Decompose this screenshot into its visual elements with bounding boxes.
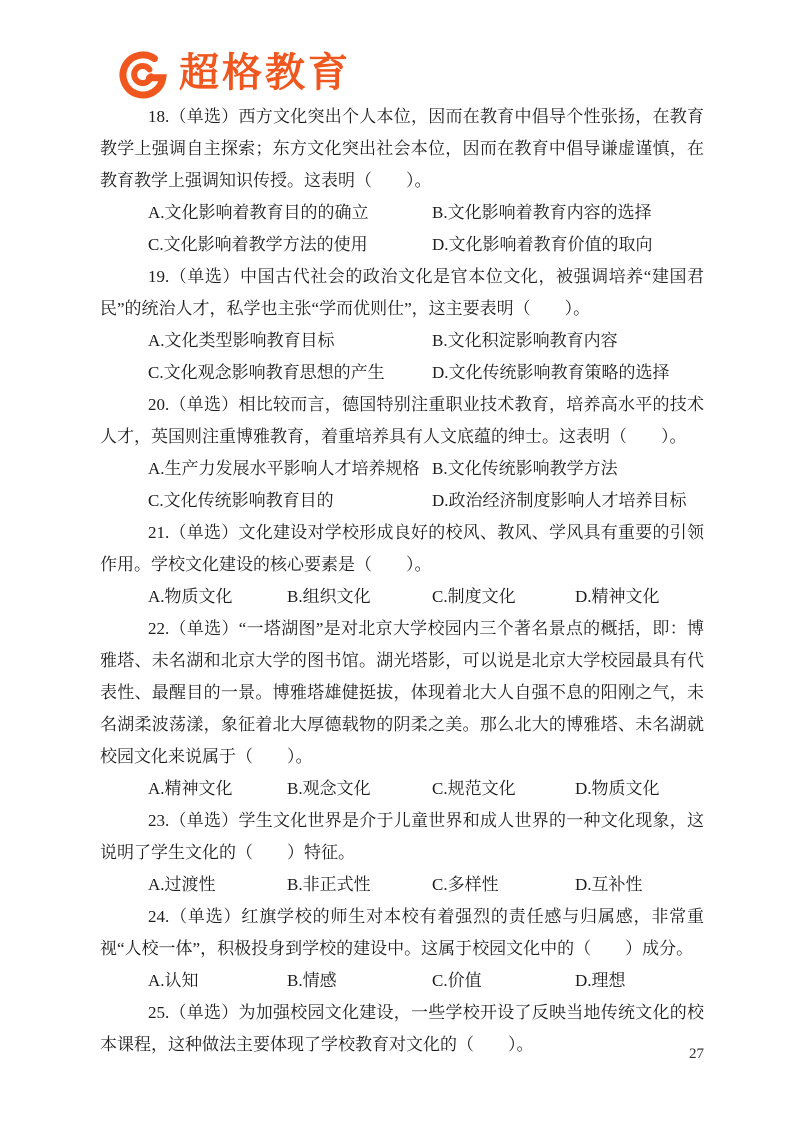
- option-c: C.制度文化: [432, 581, 575, 613]
- question-stem: 18.（单选）西方文化突出个人本位，因而在教育中倡导个性张扬，在教育教学上强调自…: [100, 101, 704, 197]
- option-d: D.理想: [575, 965, 704, 997]
- option-d: D.物质文化: [575, 773, 704, 805]
- option-c: C.价值: [432, 965, 575, 997]
- option-row: A.精神文化 B.观念文化 C.规范文化 D.物质文化: [100, 773, 704, 805]
- page-number: 27: [689, 1044, 704, 1064]
- option-row: C.文化影响着教学方法的使用 D.文化影响着教育价值的取向: [100, 229, 704, 261]
- option-b: B.非正式性: [287, 869, 432, 901]
- question-stem: 23.（单选）学生文化世界是介于儿童世界和成人世界的一种文化现象，这说明了学生文…: [100, 805, 704, 869]
- logo: 超格教育: [116, 46, 351, 100]
- option-row: A.物质文化 B.组织文化 C.制度文化 D.精神文化: [100, 581, 704, 613]
- question-22: 22.（单选）“一塔湖图”是对北京大学校园内三个著名景点的概括，即：博雅塔、未名…: [100, 613, 704, 805]
- option-row: A.过渡性 B.非正式性 C.多样性 D.互补性: [100, 869, 704, 901]
- question-stem: 20.（单选）相比较而言，德国特别注重职业技术教育，培养高水平的技术人才，英国则…: [100, 389, 704, 453]
- option-a: A.过渡性: [148, 869, 287, 901]
- option-row: A.生产力发展水平影响人才培养规格 B.文化传统影响教学方法: [100, 453, 704, 485]
- option-c: C.文化影响着教学方法的使用: [148, 229, 432, 261]
- option-c: C.文化传统影响教育目的: [148, 485, 432, 517]
- question-21: 21.（单选）文化建设对学校形成良好的校风、教风、学风具有重要的引领作用。学校文…: [100, 517, 704, 613]
- option-b: B.文化传统影响教学方法: [432, 453, 704, 485]
- option-d: D.精神文化: [575, 581, 704, 613]
- option-row: A.文化类型影响教育目标 B.文化积淀影响教育内容: [100, 325, 704, 357]
- question-19: 19.（单选）中国古代社会的政治文化是官本位文化，被强调培养“建国君民”的统治人…: [100, 261, 704, 389]
- option-b: B.情感: [287, 965, 432, 997]
- option-a: A.文化影响着教育目的的确立: [148, 197, 432, 229]
- option-a: A.物质文化: [148, 581, 287, 613]
- option-a: A.认知: [148, 965, 287, 997]
- option-d: D.互补性: [575, 869, 704, 901]
- question-stem: 21.（单选）文化建设对学校形成良好的校风、教风、学风具有重要的引领作用。学校文…: [100, 517, 704, 581]
- option-c: C.多样性: [432, 869, 575, 901]
- question-stem: 24.（单选）红旗学校的师生对本校有着强烈的责任感与归属感，非常重视“人校一体”…: [100, 901, 704, 965]
- option-a: A.精神文化: [148, 773, 287, 805]
- option-row: C.文化观念影响教育思想的产生 D.文化传统影响教育策略的选择: [100, 357, 704, 389]
- option-a: A.生产力发展水平影响人才培养规格: [148, 453, 432, 485]
- option-b: B.观念文化: [287, 773, 432, 805]
- question-23: 23.（单选）学生文化世界是介于儿童世界和成人世界的一种文化现象，这说明了学生文…: [100, 805, 704, 901]
- option-c: C.文化观念影响教育思想的产生: [148, 357, 432, 389]
- question-25: 25.（单选）为加强校园文化建设，一些学校开设了反映当地传统文化的校本课程，这种…: [100, 997, 704, 1061]
- logo-text: 超格教育: [179, 53, 351, 93]
- option-d: D.文化传统影响教育策略的选择: [432, 357, 704, 389]
- exam-page: 超格教育 18.（单选）西方文化突出个人本位，因而在教育中倡导个性张扬，在教育教…: [0, 0, 804, 1137]
- option-b: B.文化影响着教育内容的选择: [432, 197, 704, 229]
- option-d: D.政治经济制度影响人才培养目标: [432, 485, 704, 517]
- option-row: A.认知 B.情感 C.价值 D.理想: [100, 965, 704, 997]
- option-d: D.文化影响着教育价值的取向: [432, 229, 704, 261]
- question-stem: 19.（单选）中国古代社会的政治文化是官本位文化，被强调培养“建国君民”的统治人…: [100, 261, 704, 325]
- option-row: C.文化传统影响教育目的 D.政治经济制度影响人才培养目标: [100, 485, 704, 517]
- question-list: 18.（单选）西方文化突出个人本位，因而在教育中倡导个性张扬，在教育教学上强调自…: [100, 101, 704, 1061]
- chaoge-logo-icon: [116, 46, 170, 100]
- option-c: C.规范文化: [432, 773, 575, 805]
- option-a: A.文化类型影响教育目标: [148, 325, 432, 357]
- question-stem: 25.（单选）为加强校园文化建设，一些学校开设了反映当地传统文化的校本课程，这种…: [100, 997, 704, 1061]
- option-b: B.文化积淀影响教育内容: [432, 325, 704, 357]
- question-24: 24.（单选）红旗学校的师生对本校有着强烈的责任感与归属感，非常重视“人校一体”…: [100, 901, 704, 997]
- option-b: B.组织文化: [287, 581, 432, 613]
- question-stem: 22.（单选）“一塔湖图”是对北京大学校园内三个著名景点的概括，即：博雅塔、未名…: [100, 613, 704, 773]
- question-20: 20.（单选）相比较而言，德国特别注重职业技术教育，培养高水平的技术人才，英国则…: [100, 389, 704, 517]
- question-18: 18.（单选）西方文化突出个人本位，因而在教育中倡导个性张扬，在教育教学上强调自…: [100, 101, 704, 261]
- option-row: A.文化影响着教育目的的确立 B.文化影响着教育内容的选择: [100, 197, 704, 229]
